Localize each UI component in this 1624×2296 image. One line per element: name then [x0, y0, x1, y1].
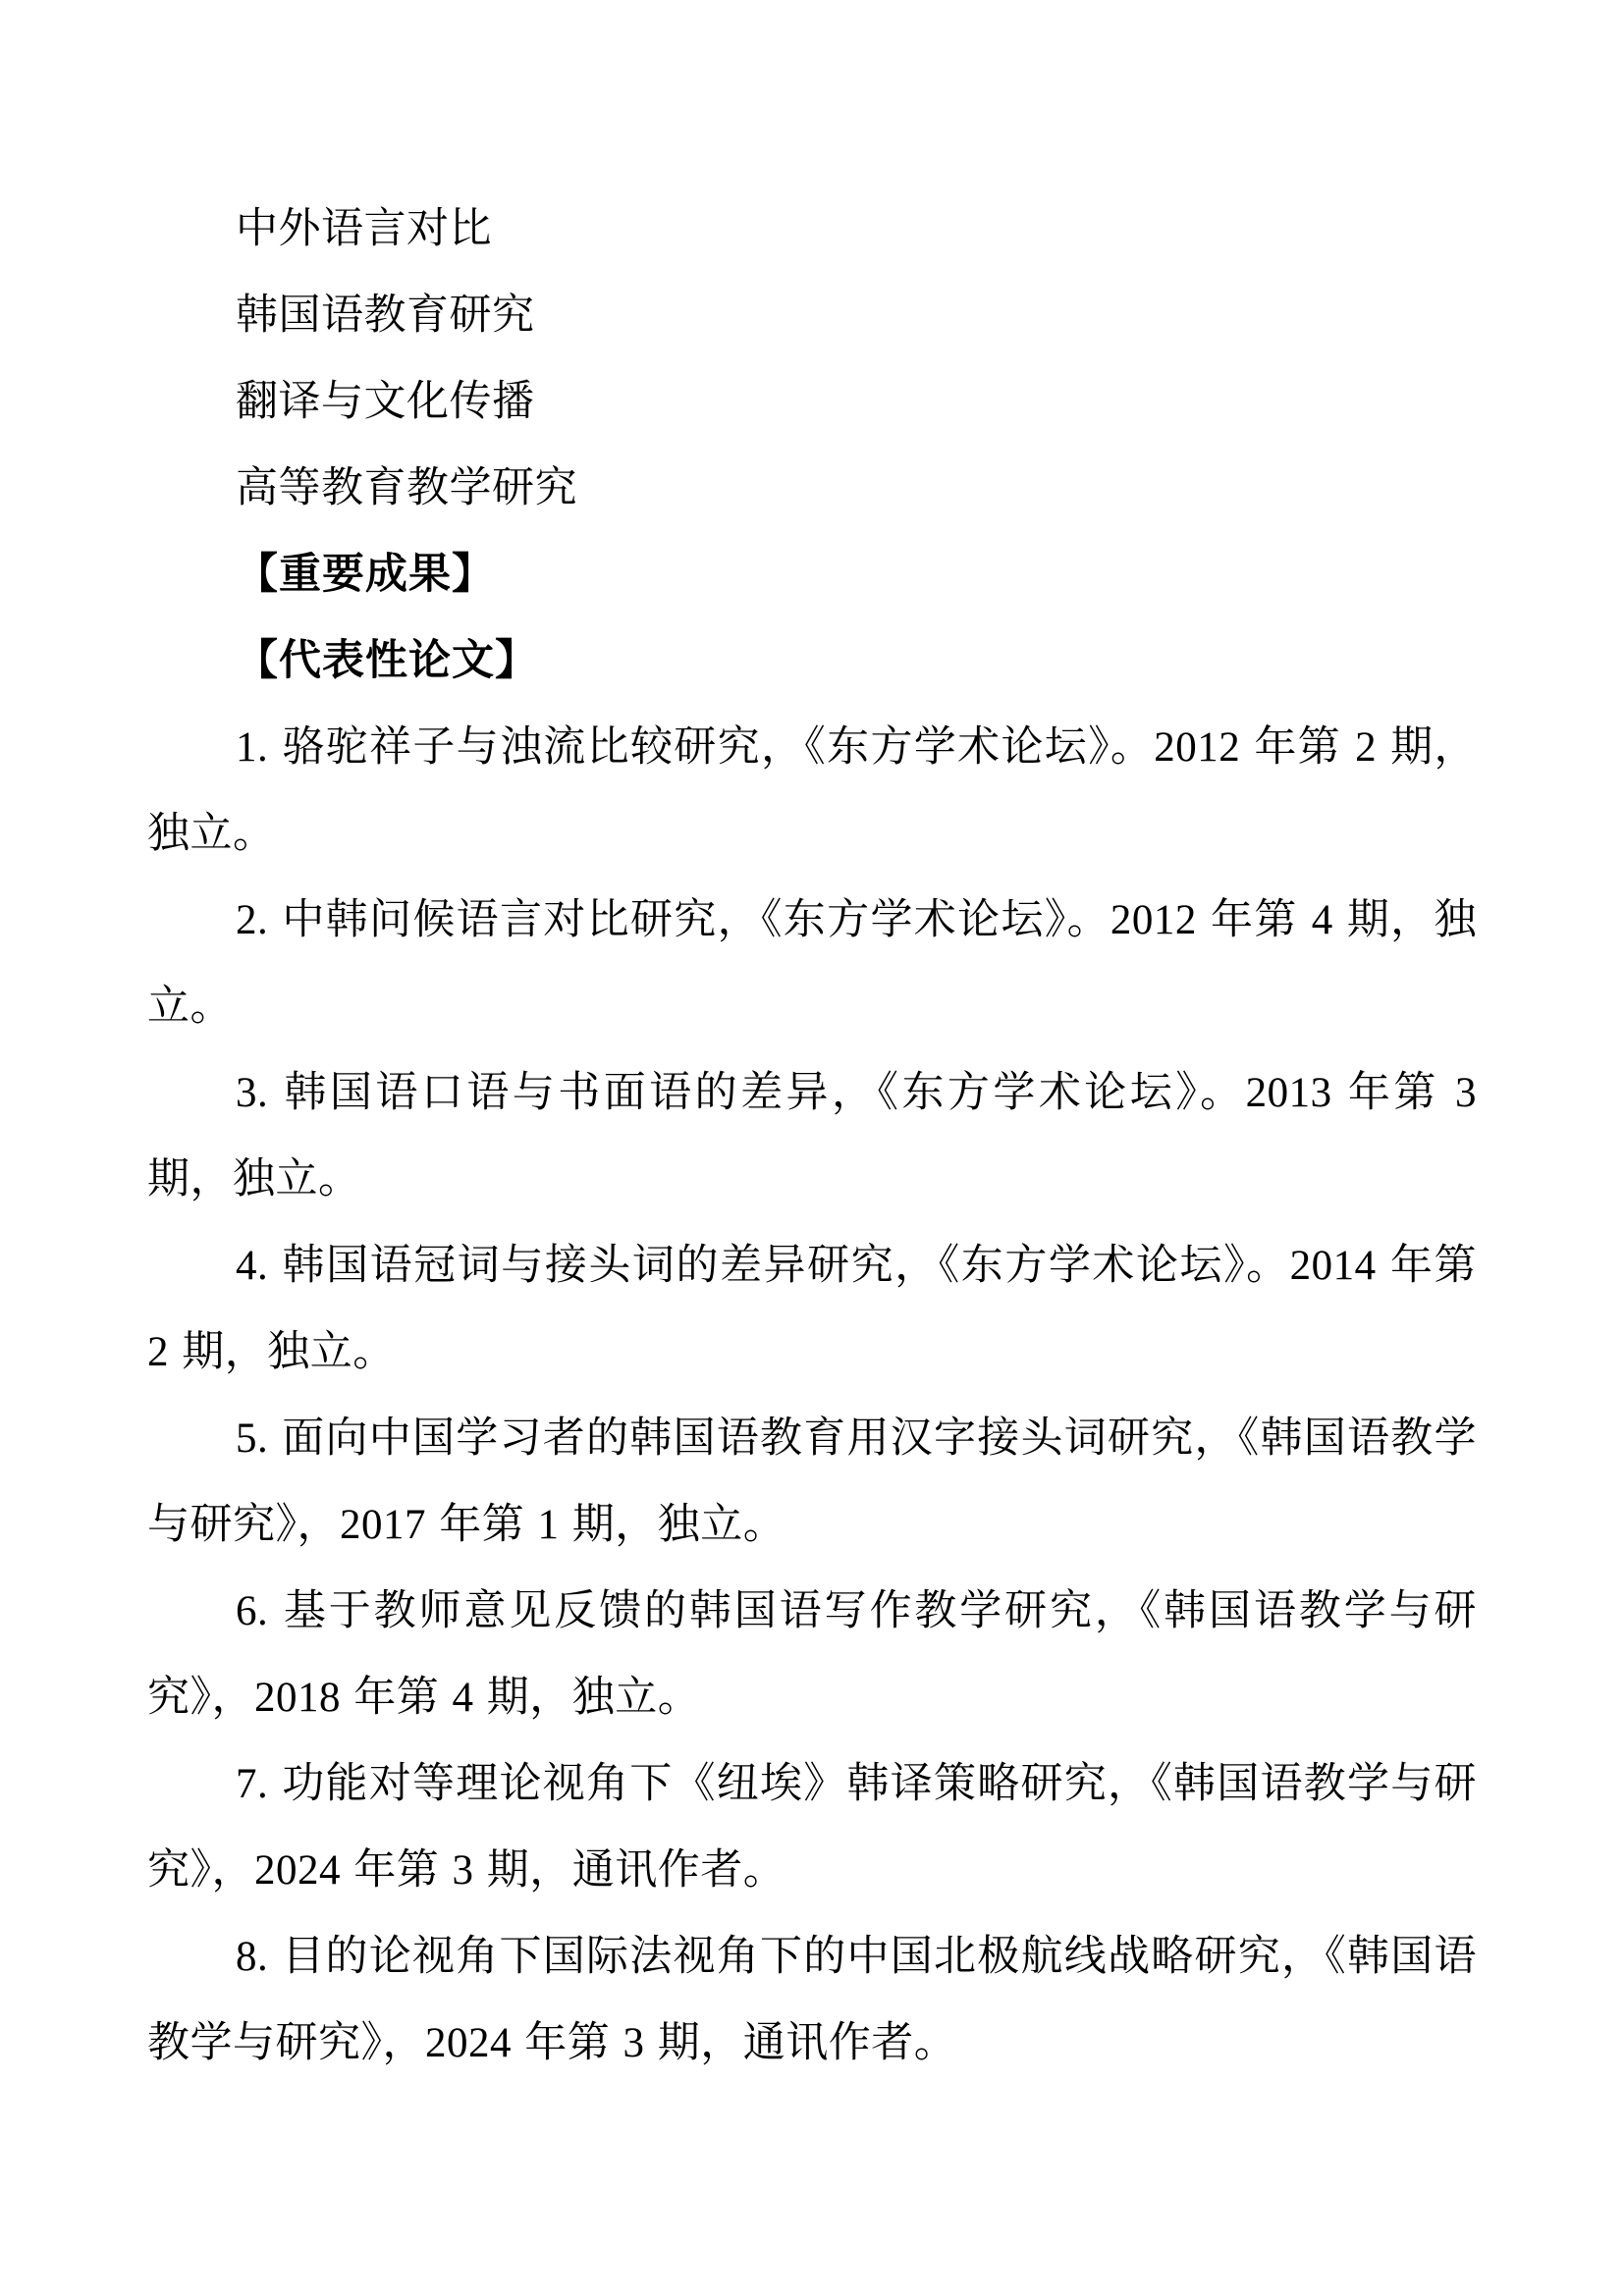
research-area-line: 中外语言对比	[147, 187, 1477, 273]
paper-list-item: 5. 面向中国学习者的韩国语教育用汉字接头词研究，《韩国语教学与研究》，2017…	[147, 1396, 1477, 1569]
paper-list-item: 8. 目的论视角下国际法视角下的中国北极航线战略研究，《韩国语教学与研究》，20…	[147, 1914, 1477, 2087]
research-area-line: 韩国语教育研究	[147, 273, 1477, 359]
paper-list-item: 4. 韩国语冠词与接头词的差异研究，《东方学术论坛》。2014 年第 2 期，独…	[147, 1223, 1477, 1396]
section-header-important-achievements: 【重要成果】	[147, 532, 1477, 618]
document-page: 中外语言对比 韩国语教育研究 翻译与文化传播 高等教育教学研究 【重要成果】 【…	[0, 0, 1624, 2296]
research-area-line: 高等教育教学研究	[147, 446, 1477, 532]
paper-list-item: 7. 功能对等理论视角下《纽埃》韩译策略研究，《韩国语教学与研究》，2024 年…	[147, 1741, 1477, 1914]
document-text-block: 中外语言对比 韩国语教育研究 翻译与文化传播 高等教育教学研究 【重要成果】 【…	[147, 187, 1477, 2087]
paper-list-item: 2. 中韩问候语言对比研究，《东方学术论坛》。2012 年第 4 期，独立。	[147, 878, 1477, 1050]
section-header-representative-papers: 【代表性论文】	[147, 618, 1477, 705]
research-area-line: 翻译与文化传播	[147, 359, 1477, 446]
paper-list-item: 3. 韩国语口语与书面语的差异，《东方学术论坛》。2013 年第 3 期，独立。	[147, 1050, 1477, 1223]
paper-list-item: 6. 基于教师意见反馈的韩国语写作教学研究，《韩国语教学与研究》，2018 年第…	[147, 1569, 1477, 1741]
paper-list-item: 1. 骆驼祥子与浊流比较研究，《东方学术论坛》。2012 年第 2 期，独立。	[147, 705, 1477, 878]
